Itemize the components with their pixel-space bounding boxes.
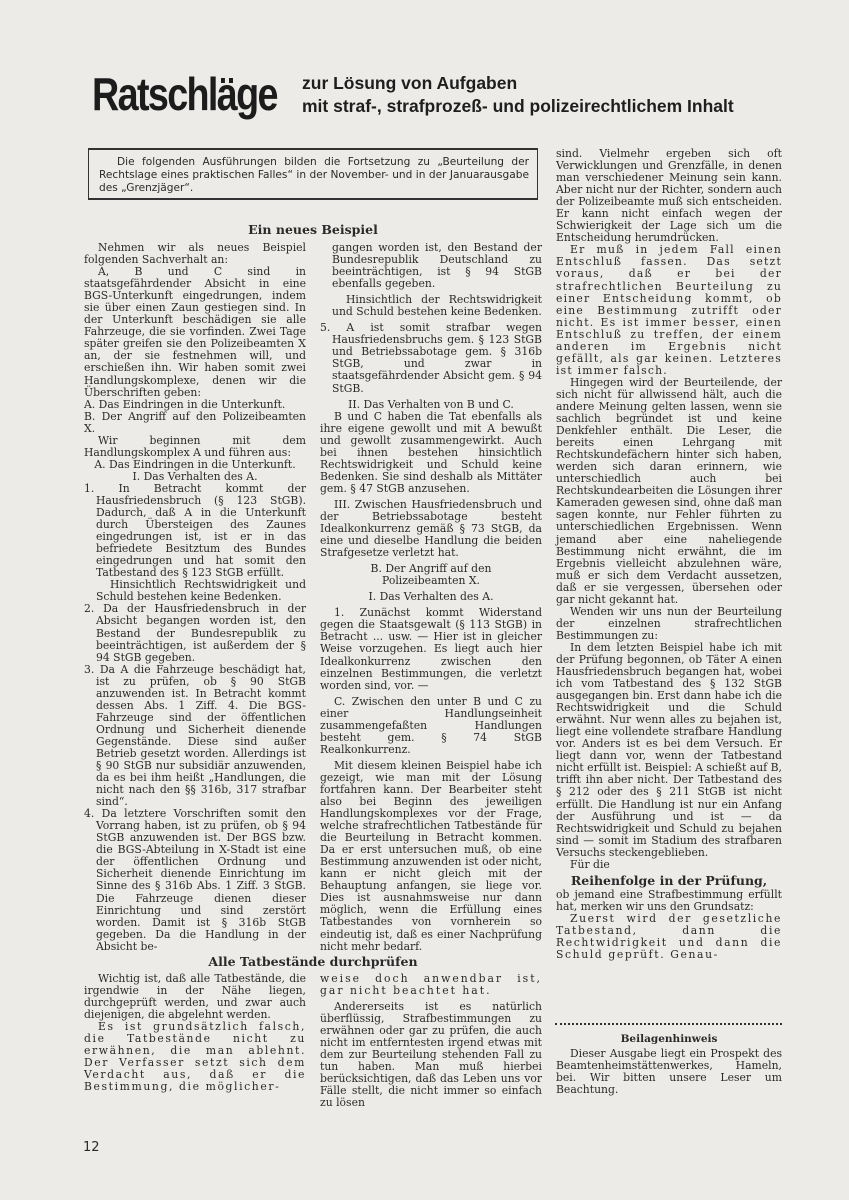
paragraph: Hinsichtlich Rechtswidrigkeit und Schuld… [84, 579, 306, 603]
paragraph: B. Der Angriff auf den Polizeibeamten X. [84, 411, 306, 435]
paragraph: B. Der Angriff auf den Polizeibeamten X. [320, 563, 542, 587]
paragraph: weise doch anwendbar ist, gar nicht beac… [320, 973, 542, 997]
list-item: 1. In Betracht kommt der Hausfriedensbru… [84, 483, 306, 579]
column-1: Nehmen wir als neues Beispiel folgenden … [84, 242, 306, 953]
dotted-divider [555, 1023, 782, 1025]
list-item: 4. Da letztere Vorschriften somit den Vo… [84, 808, 306, 953]
paragraph: 1. Zunächst kommt Widerstand gegen die S… [320, 607, 542, 691]
heading-ein-neues-beispiel: Ein neues Beispiel [88, 222, 538, 237]
paragraph: In dem letzten Beispiel habe ich mit der… [556, 642, 782, 859]
article-subtitle: zur Lösung von Aufgaben mit straf-, stra… [302, 72, 734, 118]
paragraph: II. Das Verhalten von B und C. [320, 399, 542, 411]
paragraph: C. Zwischen den unter B und C zu einer H… [320, 696, 542, 756]
paragraph: Für die [556, 859, 782, 871]
paragraph: Hingegen wird der Beurteilende, der sich… [556, 377, 782, 606]
list-item: 3. Da A die Fahrzeuge beschädigt hat, is… [84, 664, 306, 809]
paragraph: I. Das Verhalten des A. [320, 591, 542, 603]
notice-box: Beilagenhinweis Dieser Ausgabe liegt ein… [556, 1033, 782, 1096]
paragraph: Wichtig ist, daß alle Tatbestände, die i… [84, 973, 306, 1021]
column-1-lower: Wichtig ist, daß alle Tatbestände, die i… [84, 973, 306, 1093]
paragraph: ob jemand eine Strafbestimmung erfüllt h… [556, 889, 782, 913]
paragraph: B und C haben die Tat ebenfalls als ihre… [320, 411, 542, 495]
paragraph: Wenden wir uns nun der Beurteilung der e… [556, 606, 782, 642]
subtitle-line-1: zur Lösung von Aufgaben [302, 72, 734, 95]
paragraph: Andererseits ist es natürlich überflüssi… [320, 1001, 542, 1109]
page-number: 12 [83, 1140, 100, 1155]
paragraph: Hinsichtlich der Rechtswidrigkeit und Sc… [320, 294, 542, 318]
notice-heading: Beilagenhinweis [556, 1033, 782, 1045]
heading-alle-tatbestaende: Alle Tatbestände durchprüfen [88, 954, 538, 969]
paragraph: Es ist grundsätzlich falsch, die Tatbest… [84, 1021, 306, 1093]
intro-box: Die folgenden Ausführungen bilden die Fo… [88, 148, 538, 200]
paragraph: Mit diesem kleinen Beispiel habe ich gez… [320, 760, 542, 953]
paragraph: sind. Vielmehr ergeben sich oft Verwickl… [556, 148, 782, 244]
paragraph: Er muß in jedem Fall einen Entschluß fas… [556, 244, 782, 377]
list-item: 5. A ist somit strafbar wegen Hausfriede… [320, 322, 542, 394]
paragraph: A, B und C sind in staatsgefährdender Ab… [84, 266, 306, 399]
notice-text: Dieser Ausgabe liegt ein Prospekt des Be… [556, 1048, 782, 1096]
paragraph: Nehmen wir als neues Beispiel folgenden … [84, 242, 306, 266]
column-2-lower: weise doch anwendbar ist, gar nicht beac… [320, 973, 542, 1110]
subtitle-line-2: mit straf-, strafprozeß- und polizeirech… [302, 95, 734, 118]
intro-text: Die folgenden Ausführungen bilden die Fo… [99, 156, 529, 195]
paragraph: A. Das Eindringen in die Unterkunft. [84, 399, 306, 411]
column-3: sind. Vielmehr ergeben sich oft Verwickl… [556, 148, 782, 961]
list-item: 2. Da der Hausfriedensbruch in der Absic… [84, 603, 306, 663]
heading-reihenfolge: Reihenfolge in der Prüfung, [556, 875, 782, 887]
article-title: Ratschläge [92, 68, 277, 120]
paragraph: Wir beginnen mit dem Handlungskomplex A … [84, 435, 306, 459]
paragraph: gangen worden ist, den Bestand der Bunde… [320, 242, 542, 290]
paragraph: Zuerst wird der gesetzliche Tatbestand, … [556, 913, 782, 961]
paragraph: III. Zwischen Hausfriedensbruch und der … [320, 499, 542, 559]
column-2: gangen worden ist, den Bestand der Bunde… [320, 242, 542, 953]
magazine-page: Ratschläge zur Lösung von Aufgaben mit s… [0, 0, 849, 1200]
